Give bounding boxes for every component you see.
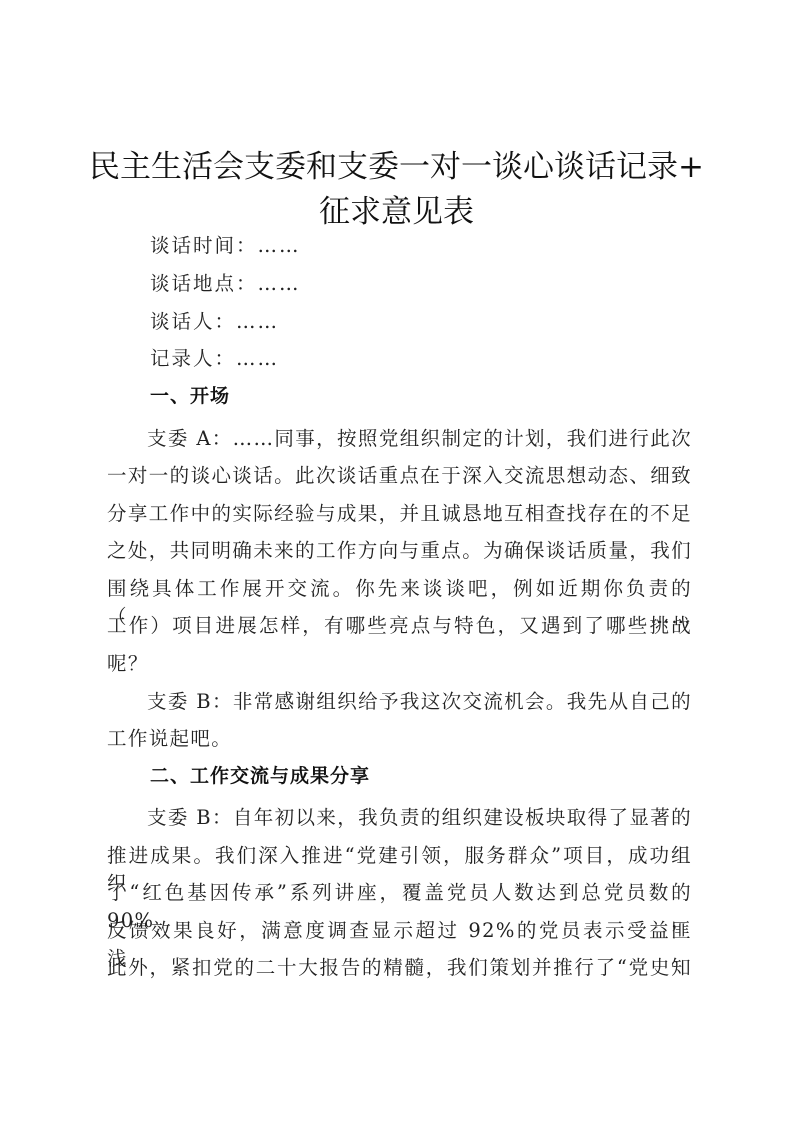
meta-label: 谈话时间： bbox=[150, 234, 258, 257]
paragraph-line: 工作）项目进展怎样，有哪些亮点与特色，又遇到了哪些挑战 bbox=[107, 612, 692, 640]
paragraph-line: 一对一的谈心谈话。此次谈话重点在于深入交流思想动态、细致 bbox=[107, 462, 692, 490]
document-title-line-2: 征求意见表 bbox=[80, 188, 713, 236]
document-title-line-1: 民主生活会支委和支委一对一谈心谈话记录+ bbox=[80, 143, 713, 191]
meta-label: 谈话地点： bbox=[150, 272, 258, 295]
meta-label: 记录人： bbox=[150, 347, 236, 370]
meta-recorder: 记录人：…… bbox=[150, 345, 735, 373]
paragraph-line: 之处，共同明确未来的工作方向与重点。为确保谈话质量，我们 bbox=[107, 537, 692, 565]
paragraph-line: 支委 B：非常感谢组织给予我这次交流机会。我先从自己的 bbox=[147, 688, 692, 716]
document-page: 民主生活会支委和支委一对一谈心谈话记录+ 征求意见表 谈话时间：…… 谈话地点：… bbox=[0, 0, 793, 1122]
paragraph-line: 工作说起吧。 bbox=[107, 725, 692, 753]
meta-value: …… bbox=[258, 234, 301, 257]
meta-value: …… bbox=[258, 272, 301, 295]
meta-value: …… bbox=[236, 347, 279, 370]
meta-value: …… bbox=[236, 310, 279, 333]
meta-talker: 谈话人：…… bbox=[150, 308, 735, 336]
section-heading-work-exchange: 二、工作交流与成果分享 bbox=[150, 762, 370, 790]
section-heading-opening: 一、开场 bbox=[150, 382, 230, 410]
paragraph-line: 支委 A：……同事，按照党组织制定的计划，我们进行此次 bbox=[147, 425, 692, 453]
meta-label: 谈话人： bbox=[150, 310, 236, 333]
paragraph-line: 呢？ bbox=[107, 650, 692, 678]
paragraph-line: 分享工作中的实际经验与成果，并且诚恳地互相查找存在的不足 bbox=[107, 500, 692, 528]
meta-talk-time: 谈话时间：…… bbox=[150, 232, 735, 260]
meta-talk-location: 谈话地点：…… bbox=[150, 270, 735, 298]
paragraph-line: 此外，紧扣党的二十大报告的精髓，我们策划并推行了“党史知 bbox=[107, 954, 692, 982]
paragraph-line: 支委 B：自年初以来，我负责的组织建设板块取得了显著的 bbox=[147, 804, 692, 832]
